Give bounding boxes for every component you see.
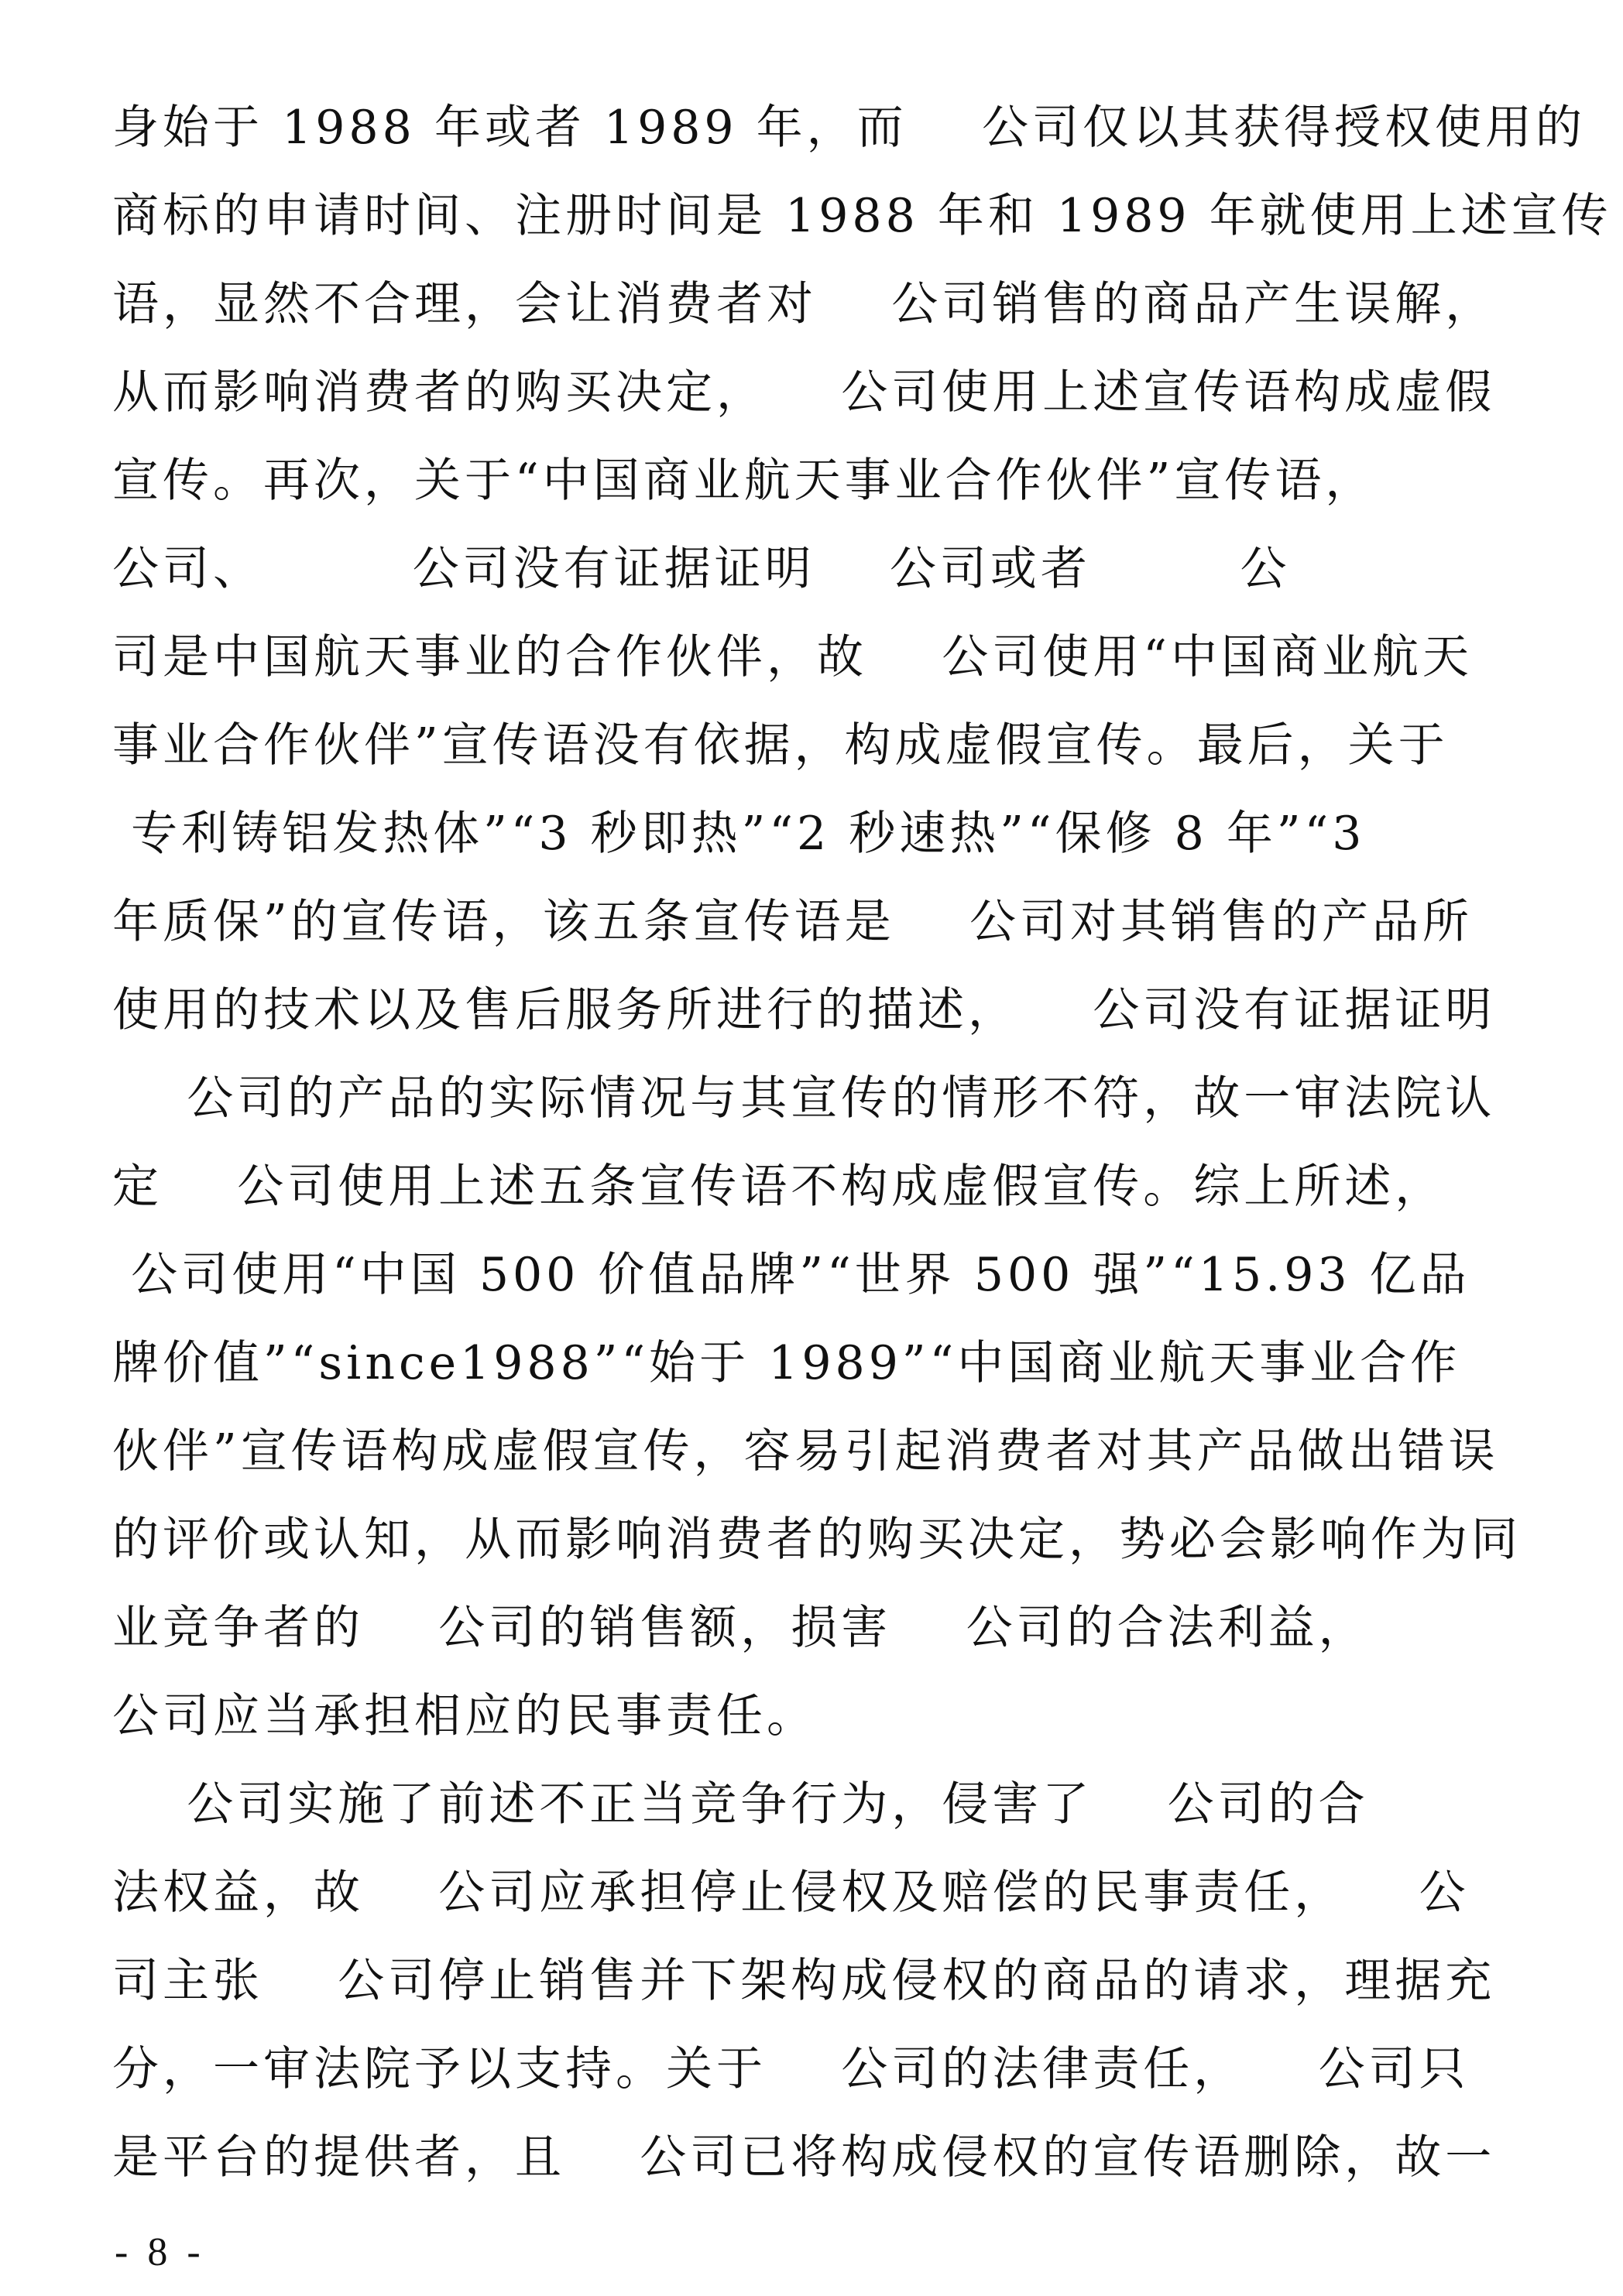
text-line: 身始于 1988 年或者 1989 年，而 公司仅以其获得授权使用的: [112, 84, 1545, 172]
text-line: 法权益，故 公司应承担停止侵权及赔偿的民事责任， 公: [112, 1849, 1545, 1937]
text-line: 定 公司使用上述五条宣传语不构成虚假宣传。综上所述，: [112, 1143, 1545, 1231]
text-line: 公司实施了前述不正当竞争行为，侵害了 公司的合: [112, 1760, 1545, 1849]
text-line: 年质保”的宣传语，该五条宣传语是 公司对其销售的产品所: [112, 878, 1545, 966]
text-line: 专利铸铝发热体”“3 秒即热”“2 秒速热”“保修 8 年”“3: [112, 790, 1545, 878]
text-line: 牌价值”“since1988”“始于 1989”“中国商业航天事业合作: [112, 1319, 1545, 1407]
text-line: 分，一审法院予以支持。关于 公司的法律责任， 公司只: [112, 2025, 1545, 2113]
text-line: 使用的技术以及售后服务所进行的描述， 公司没有证据证明: [112, 966, 1545, 1054]
text-line: 业竞争者的 公司的销售额，损害 公司的合法利益，: [112, 1584, 1545, 1672]
text-line: 语，显然不合理，会让消费者对 公司销售的商品产生误解，: [112, 260, 1545, 348]
text-line: 商标的申请时间、注册时间是 1988 年和 1989 年就使用上述宣传: [112, 172, 1545, 260]
page-number: - 8 -: [115, 2229, 205, 2275]
text-line: 公司应当承担相应的民事责任。: [112, 1672, 1545, 1760]
text-line: 从而影响消费者的购买决定， 公司使用上述宣传语构成虚假: [112, 348, 1545, 437]
text-line: 司是中国航天事业的合作伙伴，故 公司使用“中国商业航天: [112, 613, 1545, 701]
text-line: 宣传。再次，关于“中国商业航天事业合作伙伴”宣传语，: [112, 437, 1545, 525]
text-line: 的评价或认知，从而影响消费者的购买决定，势必会影响作为同: [112, 1496, 1545, 1584]
text-line: 公司的产品的实际情况与其宣传的情形不符，故一审法院认: [112, 1054, 1545, 1143]
text-line: 司主张 公司停止销售并下架构成侵权的商品的请求，理据充: [112, 1937, 1545, 2025]
text-line: 事业合作伙伴”宣传语没有依据，构成虚假宣传。最后，关于: [112, 701, 1545, 790]
document-body: 身始于 1988 年或者 1989 年，而 公司仅以其获得授权使用的 商标的申请…: [112, 84, 1545, 2202]
text-line: 伙伴”宣传语构成虚假宣传，容易引起消费者对其产品做出错误: [112, 1407, 1545, 1496]
text-line: 公司使用“中国 500 价值品牌”“世界 500 强”“15.93 亿品: [112, 1231, 1545, 1319]
text-line: 是平台的提供者，且 公司已将构成侵权的宣传语删除，故一: [112, 2113, 1545, 2202]
text-line: 公司、 公司没有证据证明 公司或者 公: [112, 525, 1545, 613]
document-page: 身始于 1988 年或者 1989 年，而 公司仅以其获得授权使用的 商标的申请…: [0, 0, 1623, 2296]
